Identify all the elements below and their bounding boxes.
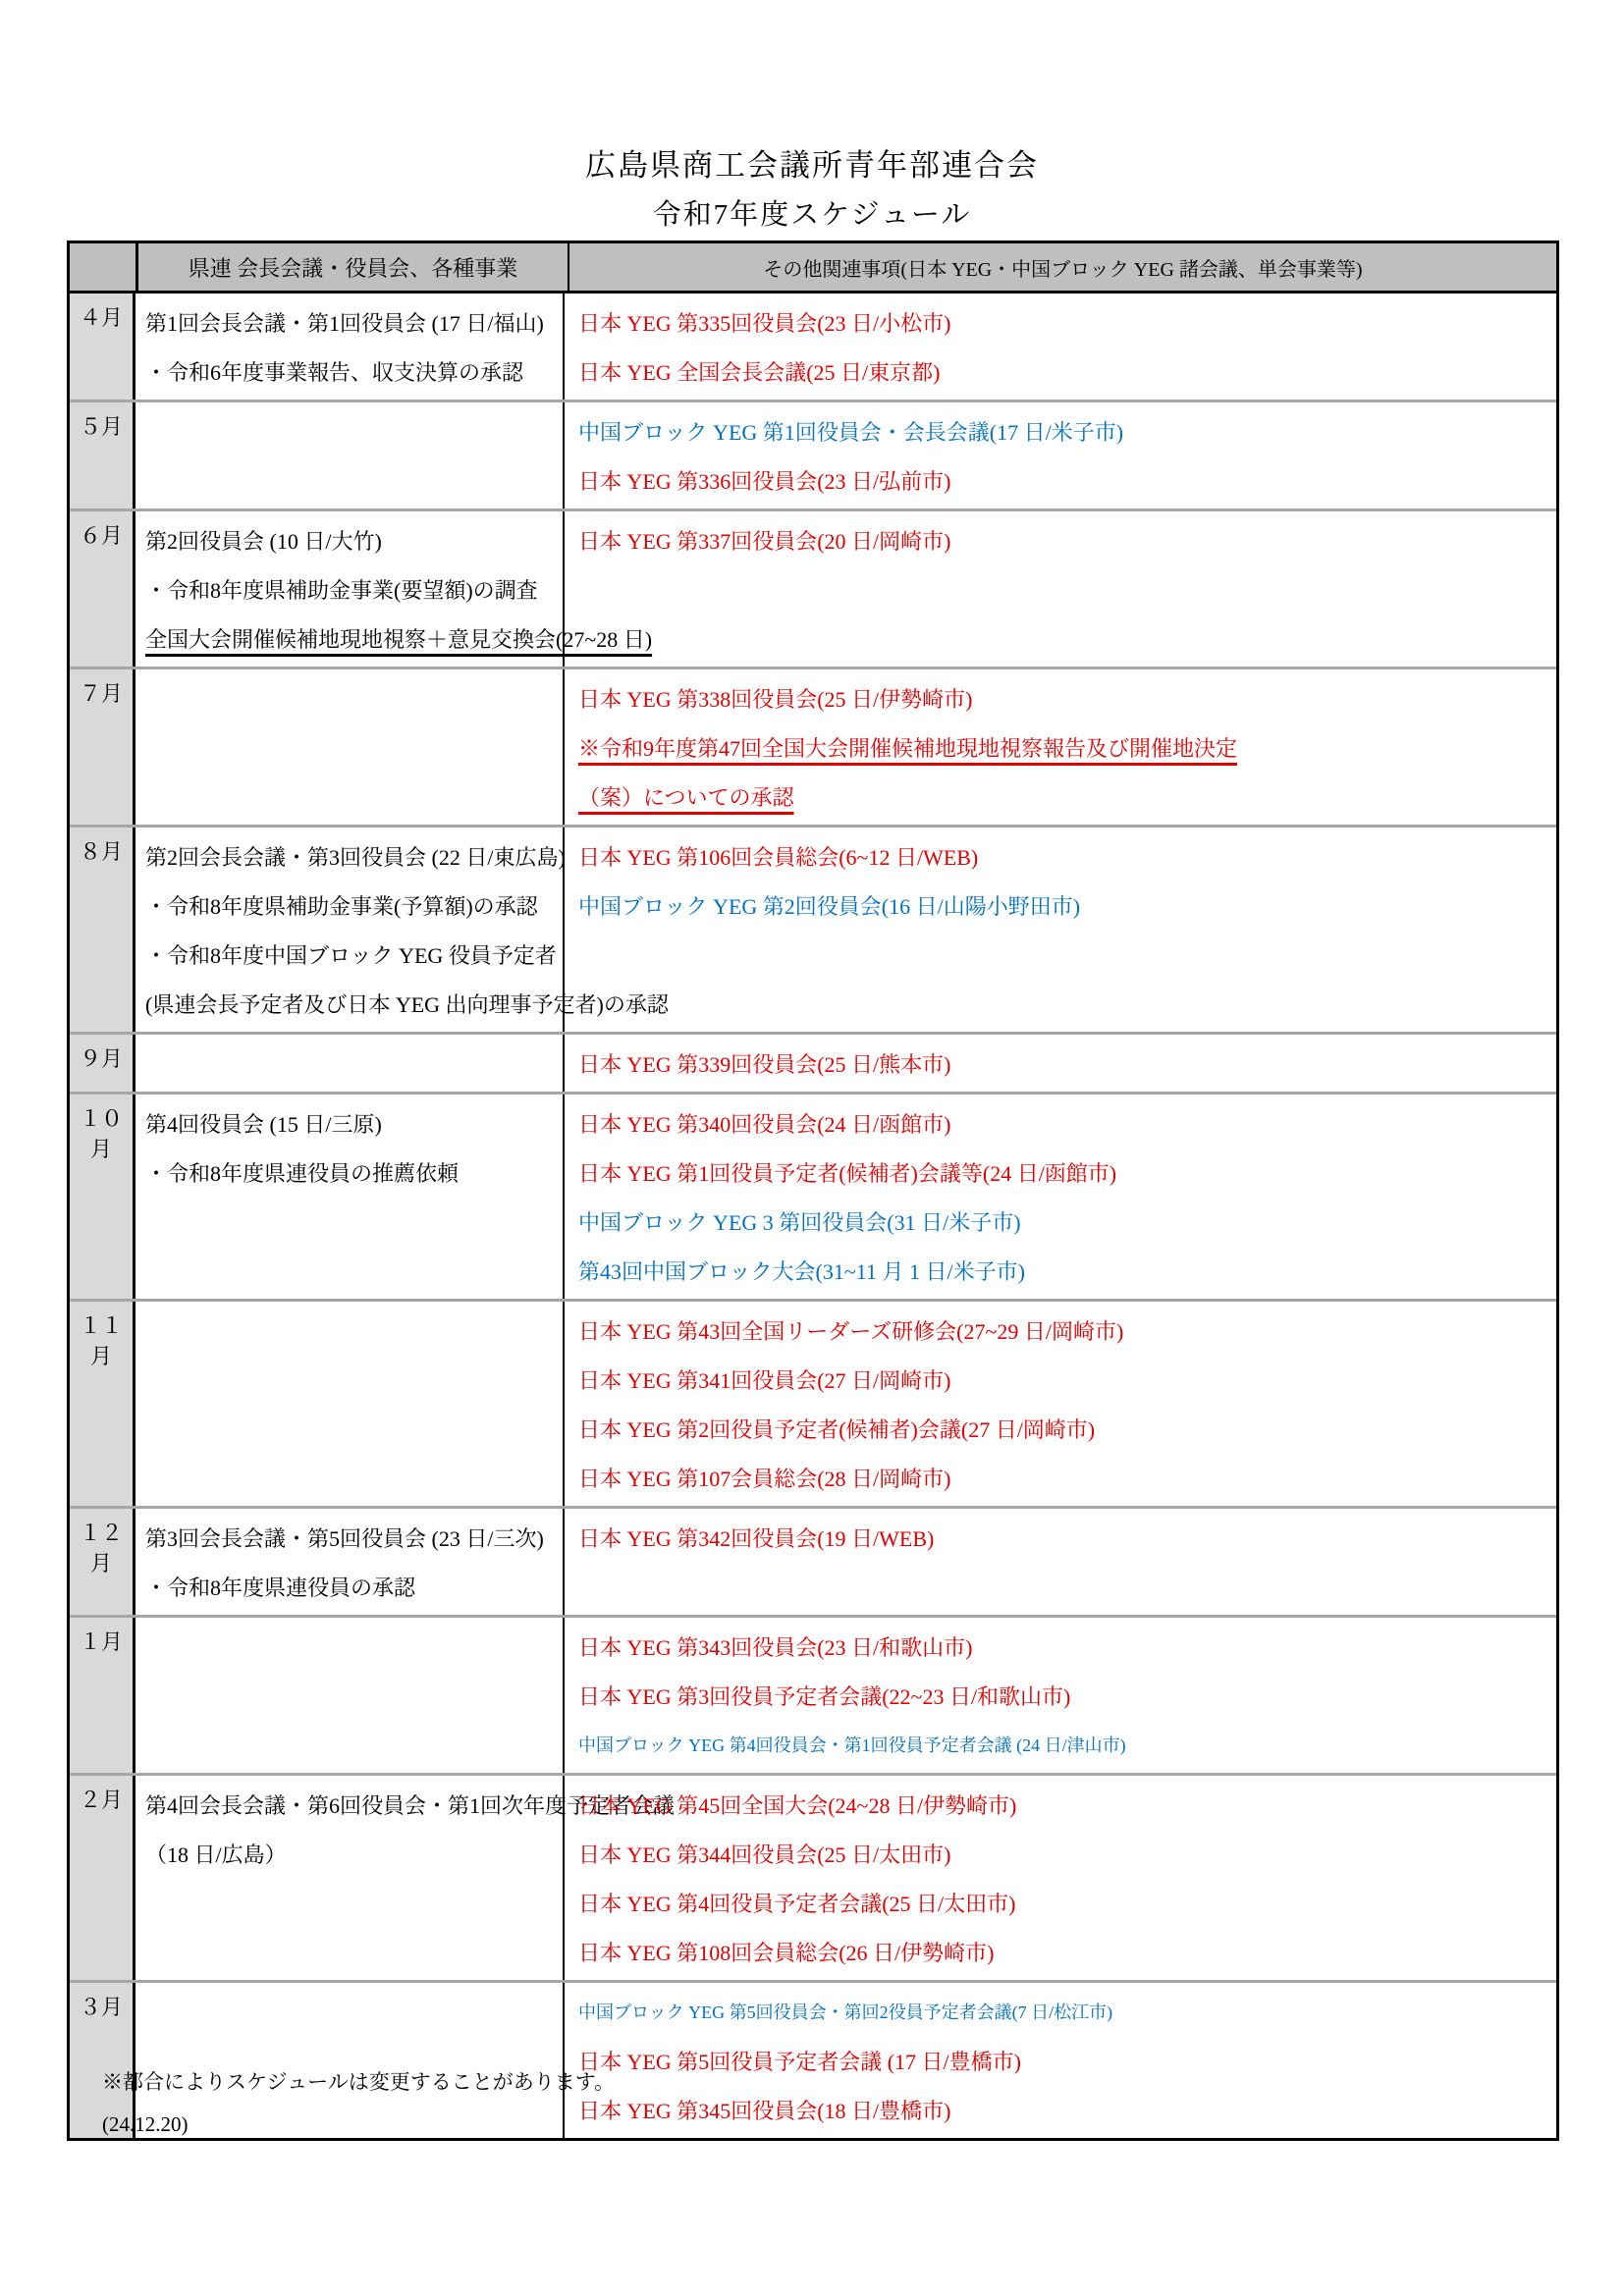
related-event-line: 日本 YEG 第337回役員会(20 日/岡崎市) xyxy=(578,515,1556,564)
kenren-event-line: （18 日/広島） xyxy=(145,1829,563,1878)
kenren-events-cell: 第4回会長会議・第6回役員会・第1回次年度予定者会議（18 日/広島） xyxy=(135,1776,565,1980)
kenren-events-cell xyxy=(135,1618,565,1773)
related-events-cell: 日本 YEG 第106回会員総会(6~12 日/WEB)中国ブロック YEG 第… xyxy=(565,828,1556,1032)
related-events-cell: 日本 YEG 第340回役員会(24 日/函館市)日本 YEG 第1回役員予定者… xyxy=(565,1095,1556,1299)
table-row: ３月中国ブロック YEG 第5回役員会・第回2役員予定者会議(7 日/松江市)日… xyxy=(70,1980,1556,2138)
related-event-line: 第43回中国ブロック大会(31~11 月 1 日/米子市) xyxy=(578,1246,1556,1295)
related-event-line: 日本 YEG 第107会員総会(28 日/岡崎市) xyxy=(578,1453,1556,1502)
related-event-line: 日本 YEG 第343回役員会(23 日/和歌山市) xyxy=(578,1622,1556,1671)
related-events-cell: 日本 YEG 第45回全国大会(24~28 日/伊勢崎市)日本 YEG 第344… xyxy=(565,1776,1556,1980)
month-cell: ４月 xyxy=(70,294,135,400)
kenren-events-cell xyxy=(135,1035,565,1092)
kenren-events-cell xyxy=(135,1983,565,2138)
document-subtitle: 令和7年度スケジュール xyxy=(0,192,1624,233)
related-events-cell: 日本 YEG 第337回役員会(20 日/岡崎市) xyxy=(565,511,1556,667)
table-row: １月日本 YEG 第343回役員会(23 日/和歌山市)日本 YEG 第3回役員… xyxy=(70,1615,1556,1773)
kenren-event-line: ・令和8年度県連役員の推薦依頼 xyxy=(145,1148,563,1197)
related-event-line: 日本 YEG 第3回役員予定者会議(22~23 日/和歌山市) xyxy=(578,1671,1556,1720)
related-event-line: 日本 YEG 第5回役員予定者会議 (17 日/豊橋市) xyxy=(578,2036,1556,2085)
related-event-line: 日本 YEG 第335回役員会(23 日/小松市) xyxy=(578,297,1556,347)
kenren-event-line: 第1回会長会議・第1回役員会 (17 日/福山) xyxy=(145,297,563,347)
related-event-line: 中国ブロック YEG 3 第回役員会(31 日/米子市) xyxy=(578,1197,1556,1246)
kenren-events-cell: 第2回役員会 (10 日/大竹)・令和8年度県補助金事業(要望額)の調査全国大会… xyxy=(135,511,565,667)
kenren-event-line: ・令和8年度県補助金事業(要望額)の調査 xyxy=(145,564,563,614)
related-event-line: 中国ブロック YEG 第4回役員会・第1回役員予定者会議 (24 日/津山市) xyxy=(578,1720,1556,1769)
related-event-line: 中国ブロック YEG 第5回役員会・第回2役員予定者会議(7 日/松江市) xyxy=(578,1987,1556,2036)
month-cell: １１月 xyxy=(70,1302,135,1506)
month-cell: ２月 xyxy=(70,1776,135,1980)
related-event-line: 中国ブロック YEG 第2回役員会(16 日/山陽小野田市) xyxy=(578,881,1556,930)
header-kenren-cell: 県連 会長会議・役員会、各種事業 xyxy=(138,243,569,291)
kenren-event-line: 第3回会長会議・第5回役員会 (23 日/三次) xyxy=(145,1513,563,1562)
table-row: ８月第2回会長会議・第3回役員会 (22 日/東広島)・令和8年度県補助金事業(… xyxy=(70,825,1556,1032)
table-row: ２月第4回会長会議・第6回役員会・第1回次年度予定者会議（18 日/広島）日本 … xyxy=(70,1773,1556,1980)
kenren-events-cell: 第3回会長会議・第5回役員会 (23 日/三次)・令和8年度県連役員の承認 xyxy=(135,1509,565,1615)
kenren-event-line: 第4回役員会 (15 日/三原) xyxy=(145,1098,563,1148)
kenren-event-line: ・令和8年度県補助金事業(予算額)の承認 xyxy=(145,881,563,930)
related-event-line: 日本 YEG 第342回役員会(19 日/WEB) xyxy=(578,1513,1556,1562)
month-cell: １２月 xyxy=(70,1509,135,1615)
related-event-line: 日本 YEG 第345回役員会(18 日/豊橋市) xyxy=(578,2085,1556,2134)
table-row: １１月日本 YEG 第43回全国リーダーズ研修会(27~29 日/岡崎市)日本 … xyxy=(70,1299,1556,1506)
document-title: 広島県商工会議所青年部連合会 xyxy=(0,140,1624,185)
kenren-events-cell: 第1回会長会議・第1回役員会 (17 日/福山)・令和6年度事業報告、収支決算の… xyxy=(135,294,565,400)
related-event-line: 日本 YEG 第106回会員総会(6~12 日/WEB) xyxy=(578,831,1556,881)
month-cell: ５月 xyxy=(70,402,135,508)
kenren-events-cell xyxy=(135,669,565,825)
month-cell: １０月 xyxy=(70,1095,135,1299)
schedule-table: 県連 会長会議・役員会、各種事業 その他関連事項(日本 YEG・中国ブロック Y… xyxy=(67,240,1559,2141)
related-event-line: ※令和9年度第47回全国大会開催候補地現地視察報告及び開催地決定 xyxy=(578,722,1556,772)
related-event-line: 日本 YEG 第339回役員会(25 日/熊本市) xyxy=(578,1039,1556,1088)
kenren-event-line: ・令和8年度県連役員の承認 xyxy=(145,1562,563,1611)
related-event-line: 日本 YEG 第108回会員総会(26 日/伊勢崎市) xyxy=(578,1927,1556,1976)
related-events-cell: 日本 YEG 第43回全国リーダーズ研修会(27~29 日/岡崎市)日本 YEG… xyxy=(565,1302,1556,1506)
month-cell: ８月 xyxy=(70,828,135,1032)
related-events-cell: 中国ブロック YEG 第1回役員会・会長会議(17 日/米子市)日本 YEG 第… xyxy=(565,402,1556,508)
header-related-cell: その他関連事項(日本 YEG・中国ブロック YEG 諸会議、単会事業等) xyxy=(569,243,1556,291)
kenren-events-cell: 第4回役員会 (15 日/三原)・令和8年度県連役員の推薦依頼 xyxy=(135,1095,565,1299)
related-events-cell: 日本 YEG 第342回役員会(19 日/WEB) xyxy=(565,1509,1556,1615)
month-cell: ６月 xyxy=(70,511,135,667)
table-row: １０月第4回役員会 (15 日/三原)・令和8年度県連役員の推薦依頼日本 YEG… xyxy=(70,1092,1556,1299)
related-event-line: 日本 YEG 第45回全国大会(24~28 日/伊勢崎市) xyxy=(578,1780,1556,1829)
month-cell: ７月 xyxy=(70,669,135,825)
related-event-line: 日本 YEG 第336回役員会(23 日/弘前市) xyxy=(578,455,1556,505)
table-row: ９月日本 YEG 第339回役員会(25 日/熊本市) xyxy=(70,1032,1556,1092)
footer-note: ※都合によりスケジュールは変更することがあります。 xyxy=(102,2066,615,2096)
table-row: ５月中国ブロック YEG 第1回役員会・会長会議(17 日/米子市)日本 YEG… xyxy=(70,400,1556,508)
kenren-event-line: 第2回会長会議・第3回役員会 (22 日/東広島) xyxy=(145,831,563,881)
related-event-line: 日本 YEG 第344回役員会(25 日/太田市) xyxy=(578,1829,1556,1878)
related-event-line: 日本 YEG 第4回役員予定者会議(25 日/太田市) xyxy=(578,1878,1556,1927)
table-row: ７月日本 YEG 第338回役員会(25 日/伊勢崎市)※令和9年度第47回全国… xyxy=(70,667,1556,825)
related-event-line: 日本 YEG 第340回役員会(24 日/函館市) xyxy=(578,1098,1556,1148)
schedule-table-body: ４月第1回会長会議・第1回役員会 (17 日/福山)・令和6年度事業報告、収支決… xyxy=(70,294,1556,2138)
related-event-line: 中国ブロック YEG 第1回役員会・会長会議(17 日/米子市) xyxy=(578,406,1556,455)
related-events-cell: 中国ブロック YEG 第5回役員会・第回2役員予定者会議(7 日/松江市)日本 … xyxy=(565,1983,1556,2138)
table-row: ６月第2回役員会 (10 日/大竹)・令和8年度県補助金事業(要望額)の調査全国… xyxy=(70,508,1556,667)
related-events-cell: 日本 YEG 第343回役員会(23 日/和歌山市)日本 YEG 第3回役員予定… xyxy=(565,1618,1556,1773)
related-event-line: 日本 YEG 第2回役員予定者(候補者)会議(27 日/岡崎市) xyxy=(578,1404,1556,1453)
kenren-event-line: 第4回会長会議・第6回役員会・第1回次年度予定者会議 xyxy=(145,1780,563,1829)
related-event-line: 日本 YEG 第43回全国リーダーズ研修会(27~29 日/岡崎市) xyxy=(578,1306,1556,1355)
related-event-line: 日本 YEG 第1回役員予定者(候補者)会議等(24 日/函館市) xyxy=(578,1148,1556,1197)
kenren-events-cell xyxy=(135,402,565,508)
related-event-line: 日本 YEG 第338回役員会(25 日/伊勢崎市) xyxy=(578,673,1556,722)
table-header-row: 県連 会長会議・役員会、各種事業 その他関連事項(日本 YEG・中国ブロック Y… xyxy=(70,243,1556,294)
kenren-event-line: 第2回役員会 (10 日/大竹) xyxy=(145,515,563,564)
kenren-event-line: ・令和8年度中国ブロック YEG 役員予定者 xyxy=(145,930,563,979)
table-row: １２月第3回会長会議・第5回役員会 (23 日/三次)・令和8年度県連役員の承認… xyxy=(70,1506,1556,1615)
related-events-cell: 日本 YEG 第339回役員会(25 日/熊本市) xyxy=(565,1035,1556,1092)
month-cell: ９月 xyxy=(70,1035,135,1092)
related-event-line: （案）についての承認 xyxy=(578,772,1556,821)
kenren-event-line: 全国大会開催候補地現地視察＋意見交換会(27~28 日) xyxy=(145,614,563,663)
table-row: ４月第1回会長会議・第1回役員会 (17 日/福山)・令和6年度事業報告、収支決… xyxy=(70,294,1556,400)
kenren-events-cell: 第2回会長会議・第3回役員会 (22 日/東広島)・令和8年度県補助金事業(予算… xyxy=(135,828,565,1032)
kenren-event-line: ・令和6年度事業報告、収支決算の承認 xyxy=(145,347,563,396)
header-month-cell xyxy=(70,243,138,291)
related-events-cell: 日本 YEG 第338回役員会(25 日/伊勢崎市)※令和9年度第47回全国大会… xyxy=(565,669,1556,825)
month-cell: １月 xyxy=(70,1618,135,1773)
related-event-line: 日本 YEG 第341回役員会(27 日/岡崎市) xyxy=(578,1355,1556,1404)
kenren-event-line: (県連会長予定者及び日本 YEG 出向理事予定者)の承認 xyxy=(145,979,563,1028)
kenren-events-cell xyxy=(135,1302,565,1506)
related-event-line: 日本 YEG 全国会長会議(25 日/東京都) xyxy=(578,347,1556,396)
footer-date: (24.12.20) xyxy=(102,2112,189,2137)
related-events-cell: 日本 YEG 第335回役員会(23 日/小松市)日本 YEG 全国会長会議(2… xyxy=(565,294,1556,400)
